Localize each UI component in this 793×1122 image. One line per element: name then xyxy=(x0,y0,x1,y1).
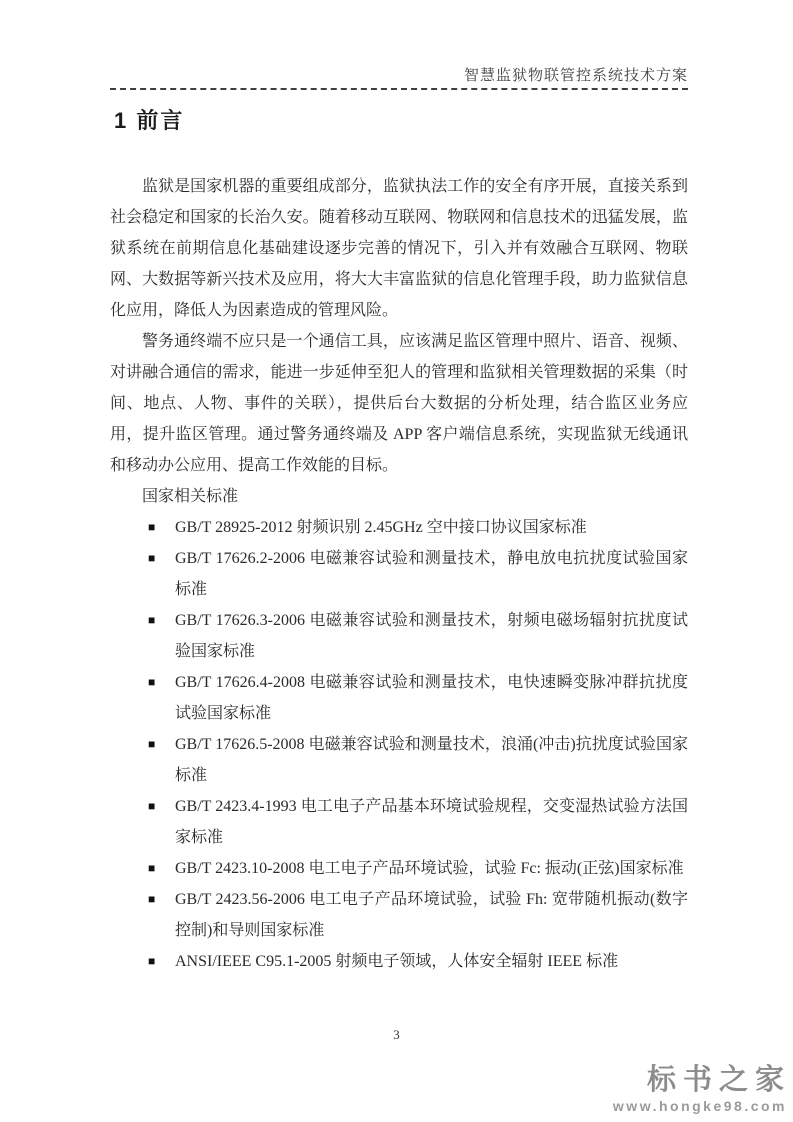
watermark-url: www.hongke98.com xyxy=(613,1098,787,1114)
standards-label: 国家相关标准 xyxy=(110,481,688,512)
list-item-text: GB/T 28925-2012 射频识别 2.45GHz 空中接口协议国家标准 xyxy=(175,519,587,536)
list-item: ■ GB/T 17626.5-2008 电磁兼容试验和测量技术，浪涌(冲击)抗扰… xyxy=(148,729,688,791)
list-item-text: GB/T 17626.3-2006 电磁兼容试验和测量技术，射频电磁场辐射抗扰度… xyxy=(175,612,688,660)
list-item: ■ GB/T 17626.2-2006 电磁兼容试验和测量技术，静电放电抗扰度试… xyxy=(148,543,688,605)
square-bullet-icon: ■ xyxy=(148,605,155,636)
list-item-text: GB/T 17626.4-2008 电磁兼容试验和测量技术，电快速瞬变脉冲群抗扰… xyxy=(175,674,688,722)
list-item: ■ ANSI/IEEE C95.1-2005 射频电子领域，人体安全辐射 IEE… xyxy=(148,946,688,977)
list-item-text: GB/T 17626.5-2008 电磁兼容试验和测量技术，浪涌(冲击)抗扰度试… xyxy=(175,736,688,784)
list-item: ■ GB/T 17626.3-2006 电磁兼容试验和测量技术，射频电磁场辐射抗… xyxy=(148,605,688,667)
list-item-text: ANSI/IEEE C95.1-2005 射频电子领域，人体安全辐射 IEEE … xyxy=(175,953,618,970)
list-item-text: GB/T 2423.10-2008 电工电子产品环境试验，试验 Fc: 振动(正… xyxy=(175,860,684,877)
list-item: ■ GB/T 2423.10-2008 电工电子产品环境试验，试验 Fc: 振动… xyxy=(148,853,688,884)
watermark: 标书之家 www.hongke98.com xyxy=(613,1065,787,1114)
standards-list: ■ GB/T 28925-2012 射频识别 2.45GHz 空中接口协议国家标… xyxy=(110,512,688,977)
list-item-text: GB/T 2423.4-1993 电工电子产品基本环境试验规程，交变湿热试验方法… xyxy=(175,798,688,846)
square-bullet-icon: ■ xyxy=(148,791,155,822)
square-bullet-icon: ■ xyxy=(148,512,155,543)
square-bullet-icon: ■ xyxy=(148,853,155,884)
list-item: ■ GB/T 28925-2012 射频识别 2.45GHz 空中接口协议国家标… xyxy=(148,512,688,543)
watermark-brand-logo: 标书之家 xyxy=(613,1065,791,1097)
square-bullet-icon: ■ xyxy=(148,543,155,574)
list-item-text: GB/T 2423.56-2006 电工电子产品环境试验，试验 Fh: 宽带随机… xyxy=(175,891,688,939)
paragraph-1: 监狱是国家机器的重要组成部分，监狱执法工作的安全有序开展，直接关系到社会稳定和国… xyxy=(110,171,688,326)
list-item: ■ GB/T 2423.4-1993 电工电子产品基本环境试验规程，交变湿热试验… xyxy=(148,791,688,853)
section-heading: 1 前言 xyxy=(114,104,688,135)
list-item-text: GB/T 17626.2-2006 电磁兼容试验和测量技术，静电放电抗扰度试验国… xyxy=(175,550,688,598)
page-number: 3 xyxy=(0,1027,793,1043)
list-item: ■ GB/T 2423.56-2006 电工电子产品环境试验，试验 Fh: 宽带… xyxy=(148,884,688,946)
document-page: 智慧监狱物联管控系统技术方案 1 前言 监狱是国家机器的重要组成部分，监狱执法工… xyxy=(0,0,793,1122)
list-item: ■ GB/T 17626.4-2008 电磁兼容试验和测量技术，电快速瞬变脉冲群… xyxy=(148,667,688,729)
paragraph-2: 警务通终端不应只是一个通信工具，应该满足监区管理中照片、语音、视频、对讲融合通信… xyxy=(110,326,688,481)
page-content: 1 前言 监狱是国家机器的重要组成部分，监狱执法工作的安全有序开展，直接关系到社… xyxy=(110,0,688,977)
square-bullet-icon: ■ xyxy=(148,884,155,915)
square-bullet-icon: ■ xyxy=(148,667,155,698)
square-bullet-icon: ■ xyxy=(148,946,155,977)
square-bullet-icon: ■ xyxy=(148,729,155,760)
